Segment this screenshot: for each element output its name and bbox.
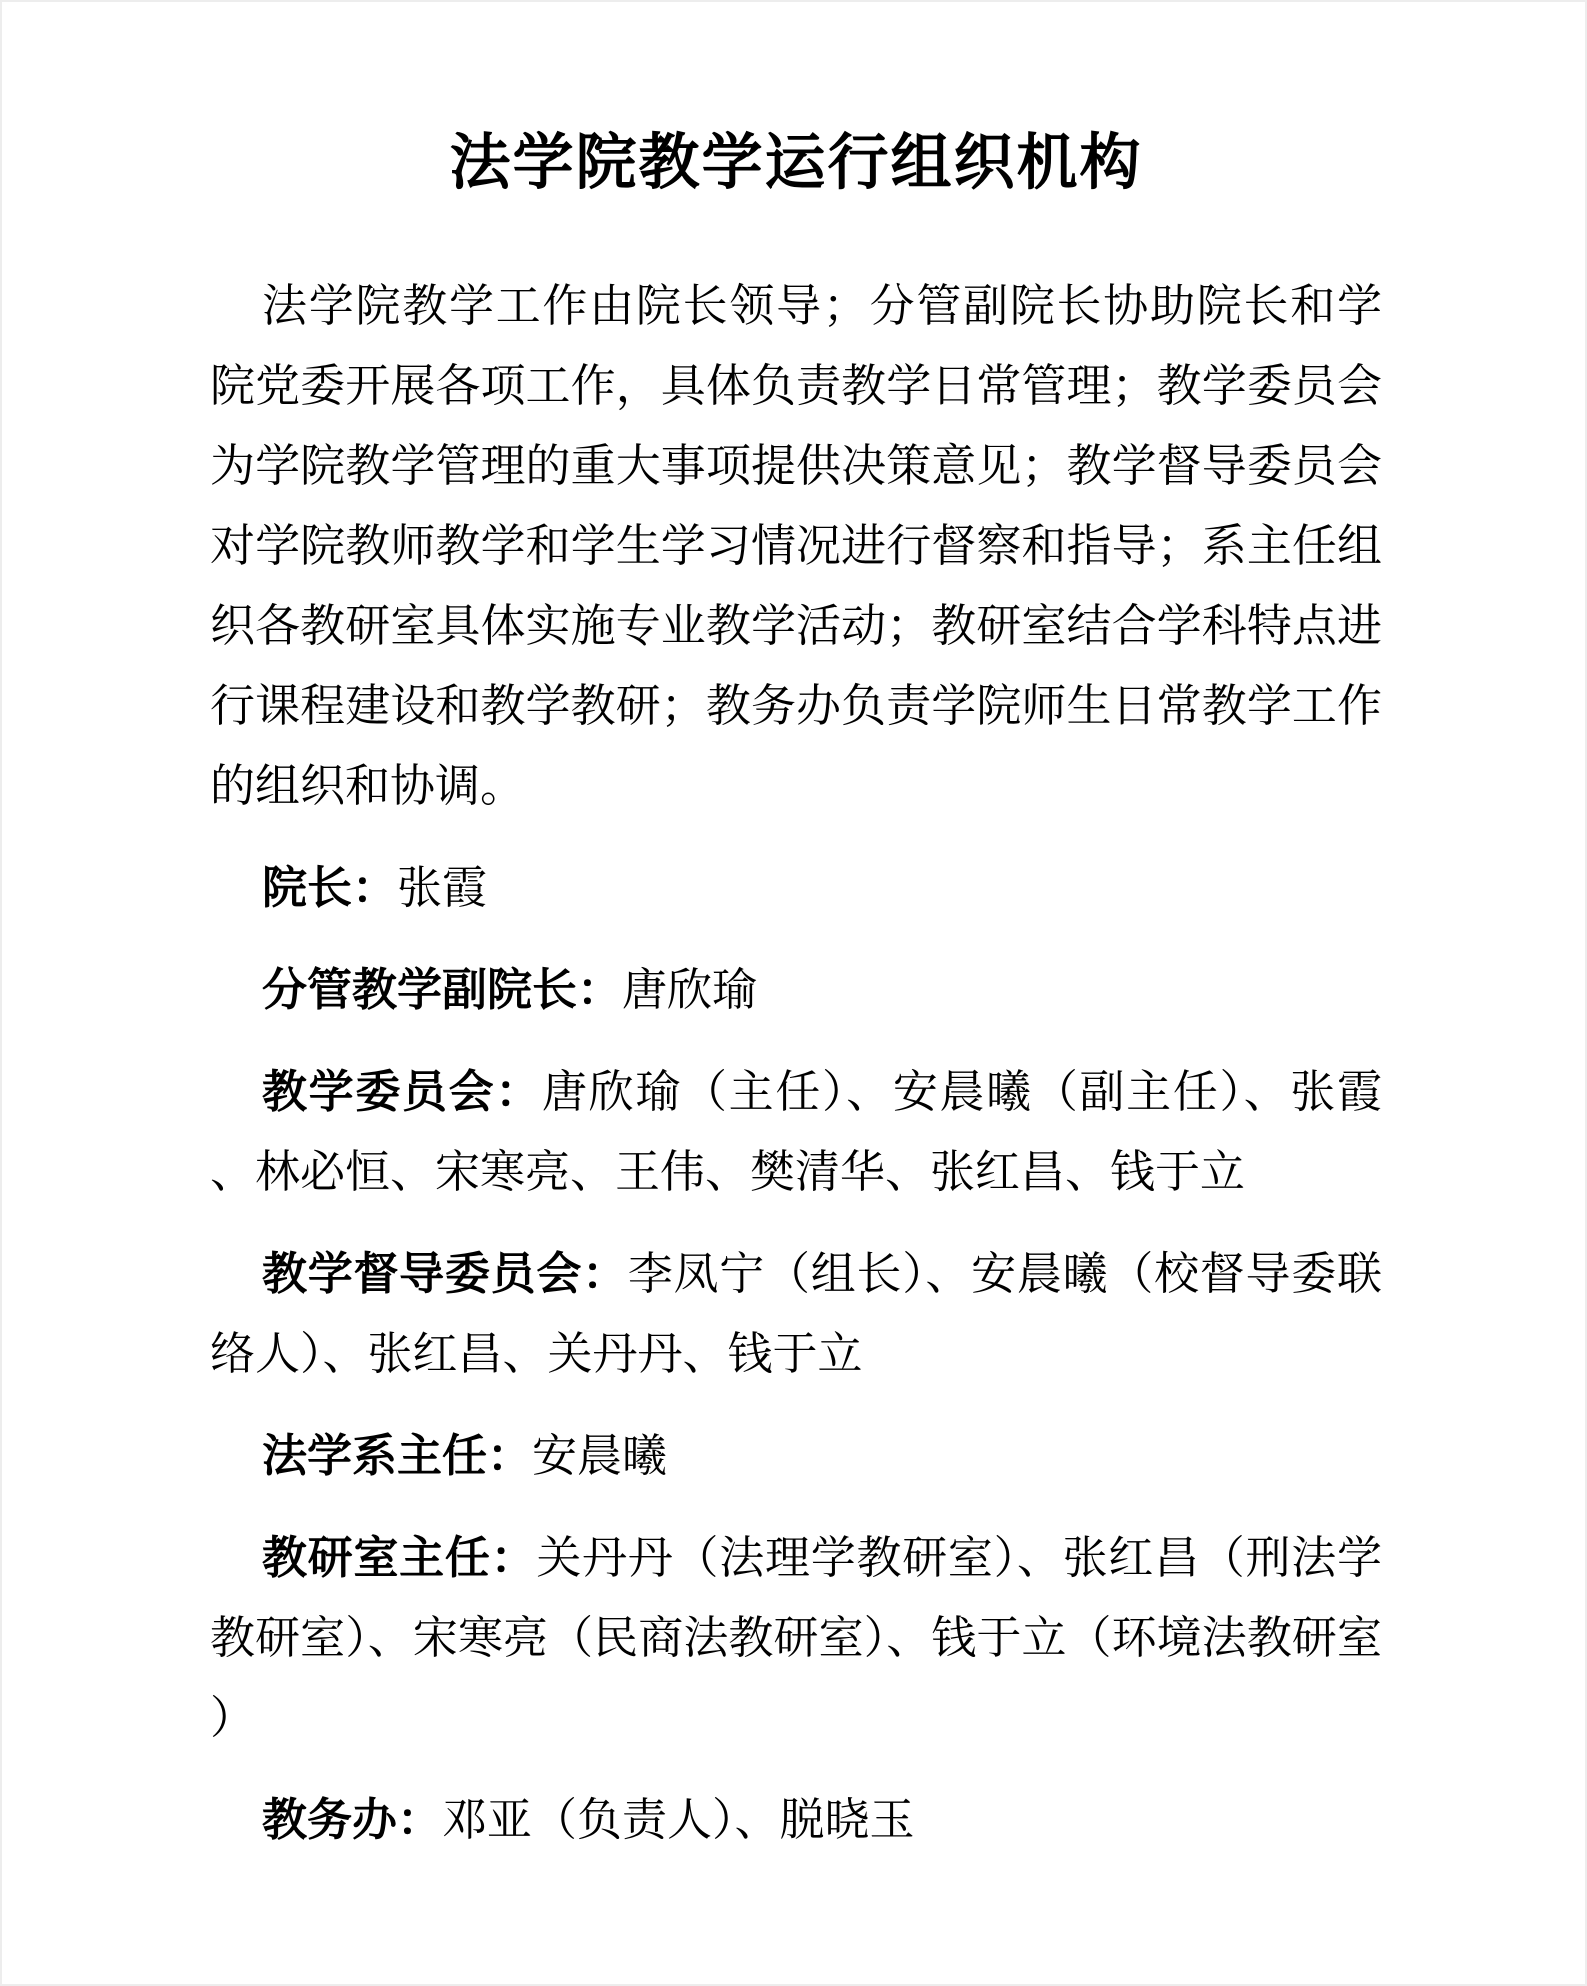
page-title: 法学院教学运行组织机构 [210, 122, 1382, 202]
entry-label: 教研室主任： [262, 1532, 536, 1583]
entry-label: 院长： [262, 862, 397, 913]
entry-label: 法学系主任： [262, 1430, 532, 1481]
entry-label: 分管教学副院长： [262, 964, 622, 1015]
entry-label: 教学督导委员会： [262, 1248, 628, 1299]
entry-paragraph: 教研室主任：关丹丹（法理学教研室）、张红昌（刑法学教研室）、宋寒亮（民商法教研室… [210, 1518, 1382, 1758]
entries-list: 院长：张霞 分管教学副院长：唐欣瑜 教学委员会：唐欣瑜（主任）、安晨曦（副主任）… [210, 848, 1382, 1860]
document-body: 法学院教学工作由院长领导；分管副院长协助院长和学院党委开展各项工作，具体负责教学… [210, 266, 1382, 1860]
entry-label: 教务办： [262, 1794, 442, 1845]
intro-paragraph: 法学院教学工作由院长领导；分管副院长协助院长和学院党委开展各项工作，具体负责教学… [210, 266, 1382, 826]
entry-paragraph: 教学委员会：唐欣瑜（主任）、安晨曦（副主任）、张霞、林必恒、宋寒亮、王伟、樊清华… [210, 1052, 1382, 1212]
entry-value: 安晨曦 [532, 1431, 667, 1481]
entry-label: 教学委员会： [262, 1066, 542, 1117]
entry-value: 张霞 [397, 863, 487, 913]
entry-value: 唐欣瑜 [622, 965, 757, 1015]
entry-value: 邓亚（负责人）、脱晓玉 [442, 1795, 915, 1845]
entry-paragraph: 法学系主任：安晨曦 [210, 1416, 1382, 1496]
document-page: 法学院教学运行组织机构 法学院教学工作由院长领导；分管副院长协助院长和学院党委开… [0, 0, 1587, 1986]
entry-paragraph: 院长：张霞 [210, 848, 1382, 928]
entry-paragraph: 教务办：邓亚（负责人）、脱晓玉 [210, 1780, 1382, 1860]
entry-paragraph: 分管教学副院长：唐欣瑜 [210, 950, 1382, 1030]
entry-paragraph: 教学督导委员会：李凤宁（组长）、安晨曦（校督导委联络人）、张红昌、关丹丹、钱于立 [210, 1234, 1382, 1394]
